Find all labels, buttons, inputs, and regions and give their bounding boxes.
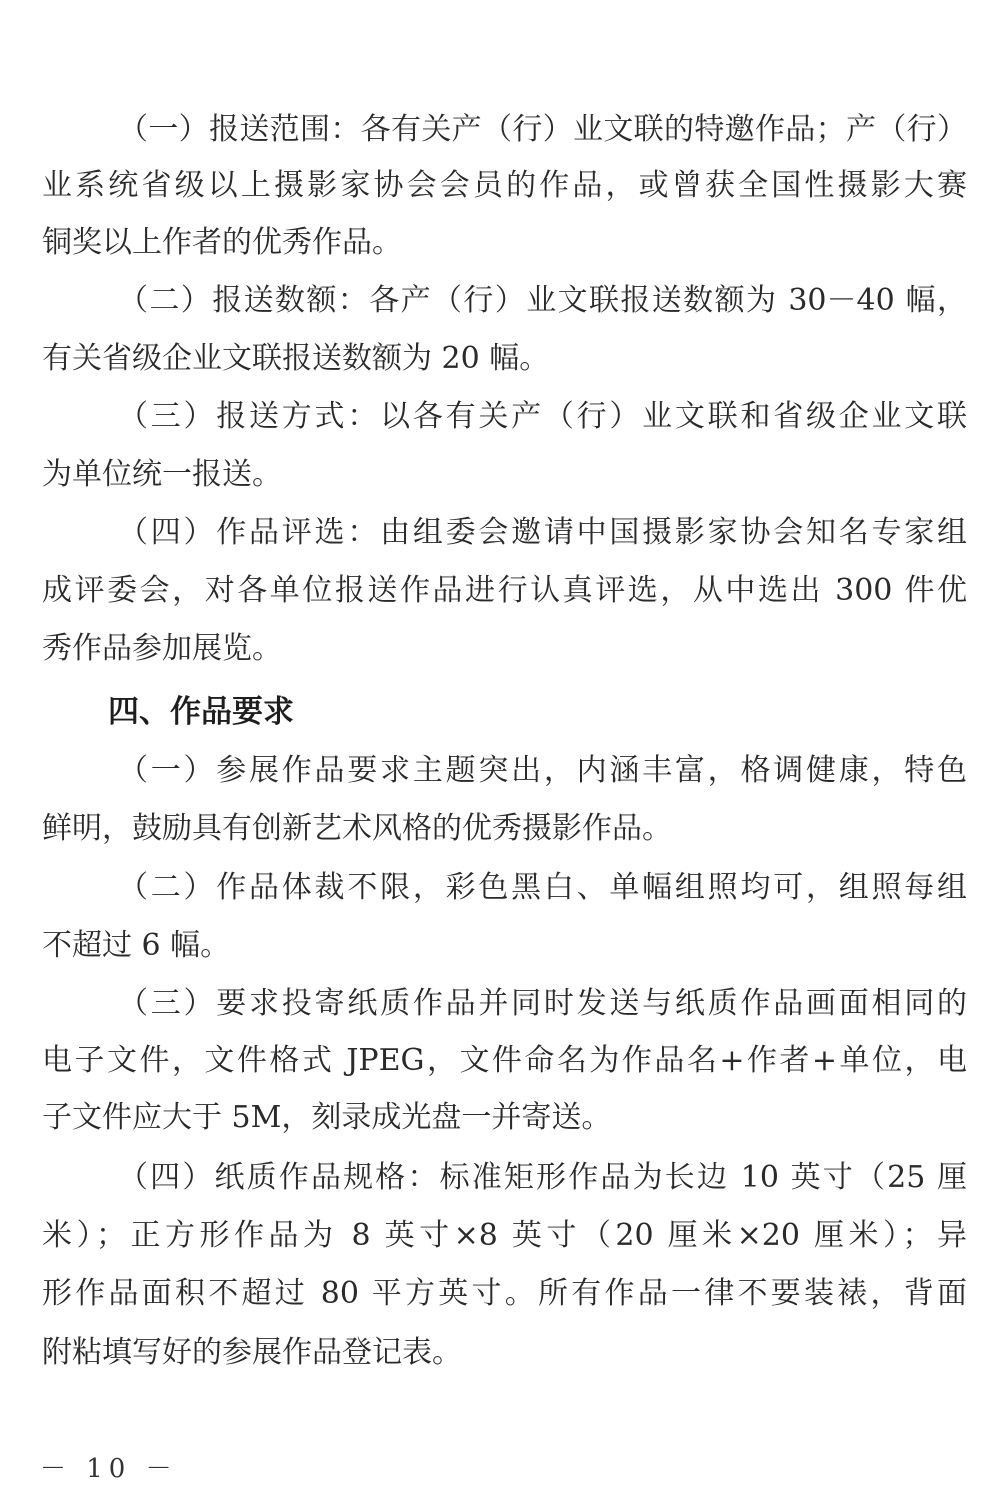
paragraph-line: 秀作品参加展览。 xyxy=(42,627,967,671)
paragraph-line: 米）；正方形作品为 8 英寸×8 英寸（20 厘米×20 厘米）；异 xyxy=(42,1214,967,1258)
paragraph-line: 有关省级企业文联报送数额为 20 幅。 xyxy=(42,337,967,381)
paragraph-line: 形作品面积不超过 80 平方英寸。所有作品一律不要装裱，背面 xyxy=(42,1272,967,1316)
paragraph-line: （四）作品评选：由组委会邀请中国摄影家协会知名专家组 xyxy=(118,511,967,555)
paragraph-line: 附粘填写好的参展作品登记表。 xyxy=(42,1331,967,1375)
page-number: － 10 － xyxy=(40,1452,178,1486)
paragraph-line: （一）参展作品要求主题突出，内涵丰富，格调健康，特色 xyxy=(118,749,967,793)
paragraph-line: （一）报送范围：各有关产（行）业文联的特邀作品；产（行） xyxy=(118,108,967,152)
paragraph-line: 子文件应大于 5M，刻录成光盘一并寄送。 xyxy=(42,1096,967,1140)
paragraph-line: （三）报送方式：以各有关产（行）业文联和省级企业文联 xyxy=(118,395,967,439)
paragraph-line: 电子文件，文件格式 JPEG，文件命名为作品名+作者+单位，电 xyxy=(42,1039,967,1083)
paragraph-line: （二）作品体裁不限，彩色黑白、单幅组照均可，组照每组 xyxy=(118,866,967,910)
document-page: （一）报送范围：各有关产（行）业文联的特邀作品；产（行） 业系统省级以上摄影家协… xyxy=(0,0,1000,1510)
paragraph-line: 业系统省级以上摄影家协会会员的作品，或曾获全国性摄影大赛 xyxy=(42,164,967,208)
section-heading: 四、作品要求 xyxy=(108,690,294,734)
paragraph-line: 为单位统一报送。 xyxy=(42,453,967,497)
paragraph-line: （二）报送数额：各产（行）业文联报送数额为 30－40 幅， xyxy=(118,279,967,323)
paragraph-line: 鲜明，鼓励具有创新艺术风格的优秀摄影作品。 xyxy=(42,807,967,851)
paragraph-line: （三）要求投寄纸质作品并同时发送与纸质作品画面相同的 xyxy=(118,982,967,1026)
paragraph-line: 成评委会，对各单位报送作品进行认真评选，从中选出 300 件优 xyxy=(42,569,967,613)
paragraph-line: 不超过 6 幅。 xyxy=(42,924,967,968)
paragraph-line: （四）纸质作品规格：标准矩形作品为长边 10 英寸（25 厘 xyxy=(118,1156,967,1200)
paragraph-line: 铜奖以上作者的优秀作品。 xyxy=(42,221,967,265)
